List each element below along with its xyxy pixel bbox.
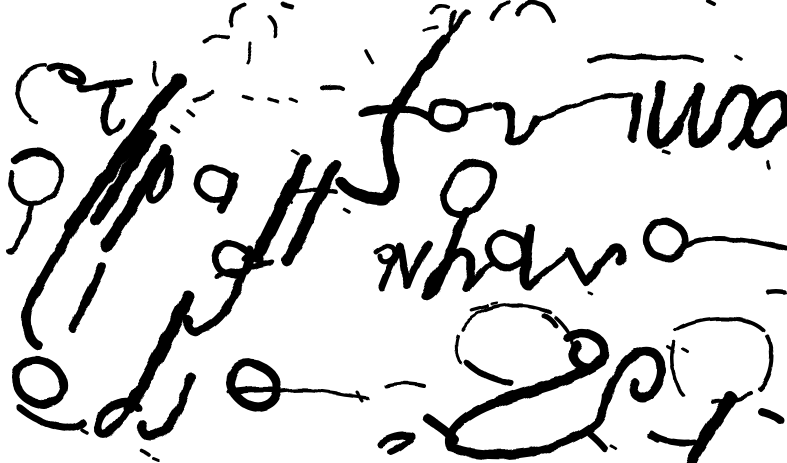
stroke-fl-rise: [607, 356, 633, 396]
manuscript-page: [0, 0, 787, 463]
stroke-frag-right-b: [366, 51, 371, 61]
stroke-frag-f-a: [431, 7, 449, 12]
stroke-fl-dot-d: [492, 303, 497, 304]
stroke-fl-mark-a: [590, 434, 605, 449]
stroke-un-t-stroke: [692, 88, 716, 144]
stroke-hall-crossbar: [285, 190, 336, 192]
stroke-else-e-ring: [16, 360, 64, 404]
stroke-frag-right-a: [323, 87, 343, 89]
stroke-frag-ring-e: [195, 92, 213, 101]
stroke-fl-ellipse1-left: [456, 336, 461, 363]
stroke-for-r: [497, 106, 537, 142]
stroke-have-h-loop: [444, 163, 494, 214]
stroke-dot-trail-d: [293, 151, 298, 154]
stroke-frag-ring-b: [270, 17, 277, 37]
stroke-s9-ring-top: [15, 152, 51, 160]
stroke-else-o-ring: [231, 363, 278, 407]
stroke-frag-dot-b: [736, 56, 741, 59]
stroke-dot-hall-c: [189, 112, 194, 116]
stroke-f-top-hook-a: [492, 3, 509, 18]
stroke-for-o-exit: [465, 106, 491, 112]
stroke-fl-end-blob: [762, 412, 781, 421]
stroke-have-v: [570, 248, 622, 283]
stroke-f-top-hook-b: [517, 2, 553, 20]
stroke-stray-a: [663, 151, 669, 153]
stroke-fl-ellipse2-top: [676, 318, 763, 330]
stroke-hall-a1-stem: [222, 176, 234, 210]
stroke-frag-ring-f: [247, 44, 251, 62]
stroke-else-l-stem: [129, 297, 188, 407]
stroke-un-u-stroke1: [633, 97, 638, 138]
stroke-ry-ring-top: [50, 66, 82, 82]
stroke-fl-ellipse2-right: [760, 336, 772, 389]
stroke-frag-dot-a: [173, 128, 178, 131]
stroke-have-lead: [382, 244, 429, 288]
stroke-dot-trail-b: [268, 98, 277, 101]
stroke-frag-ring-c: [204, 36, 228, 41]
stroke-fl-bottom-arc: [451, 396, 607, 455]
stroke-hall-c-tick: [261, 262, 270, 264]
stroke-frag-ring-d: [154, 63, 157, 85]
stroke-frag-ring-a: [231, 4, 244, 26]
stroke-have-connector2: [528, 255, 567, 286]
stroke-ry-ring: [18, 65, 45, 117]
stroke-frag-f-b: [424, 27, 437, 30]
stroke-ry-y-curl: [111, 121, 123, 133]
stroke-dot-trail-a: [243, 96, 252, 99]
stroke-macron-dash: [589, 57, 701, 60]
stroke-s9-tail: [10, 205, 31, 252]
stroke-else-o-cross: [230, 390, 278, 392]
stroke-un-u-stroke2: [653, 85, 679, 143]
stroke-have-e-ring: [646, 221, 685, 259]
stroke-have-a-ring: [489, 233, 525, 267]
manuscript-svg: [0, 0, 787, 463]
stroke-frag-ring-g: [284, 5, 292, 7]
stroke-for-o: [430, 102, 465, 128]
stroke-stray-b: [768, 162, 770, 169]
ink-strokes: [10, 1, 787, 463]
stroke-ry-y-left: [104, 90, 113, 133]
stroke-stray-d: [543, 315, 556, 326]
stroke-fl-mark-c: [768, 291, 784, 292]
stroke-else-e-sweep: [20, 408, 83, 428]
stroke-else-dash2: [386, 384, 424, 386]
stroke-else-dash1: [280, 391, 367, 398]
stroke-fl-loop2: [633, 351, 662, 398]
stroke-for-r-connector: [537, 95, 632, 120]
stroke-fl-bl-hook: [380, 435, 412, 452]
stroke-fl-dot-a: [668, 347, 672, 349]
stroke-else-l-loop: [97, 402, 138, 434]
stroke-frag-top-right: [708, 1, 714, 4]
stroke-ry-ring-dot: [31, 120, 37, 123]
stroke-dot-trail-c: [291, 100, 297, 102]
stroke-hall-long-tail: [26, 165, 112, 345]
stroke-have-a-stem: [525, 228, 530, 286]
stroke-fl-ellipse1-bl: [467, 363, 511, 383]
stroke-dot-hall-b: [345, 210, 350, 213]
stroke-hall-diag4: [72, 267, 103, 328]
stroke-dot-else-b: [142, 451, 148, 454]
stroke-dot-else-c: [152, 457, 157, 459]
stroke-have-exit-line: [686, 239, 787, 249]
stroke-fl-dot-b: [683, 349, 687, 351]
stroke-stray-e: [589, 293, 593, 295]
stroke-ry-connector: [80, 81, 129, 88]
stroke-fl-dot-c: [611, 446, 616, 449]
stroke-dot-else-a: [82, 430, 87, 433]
stroke-fl-descender: [691, 398, 731, 463]
